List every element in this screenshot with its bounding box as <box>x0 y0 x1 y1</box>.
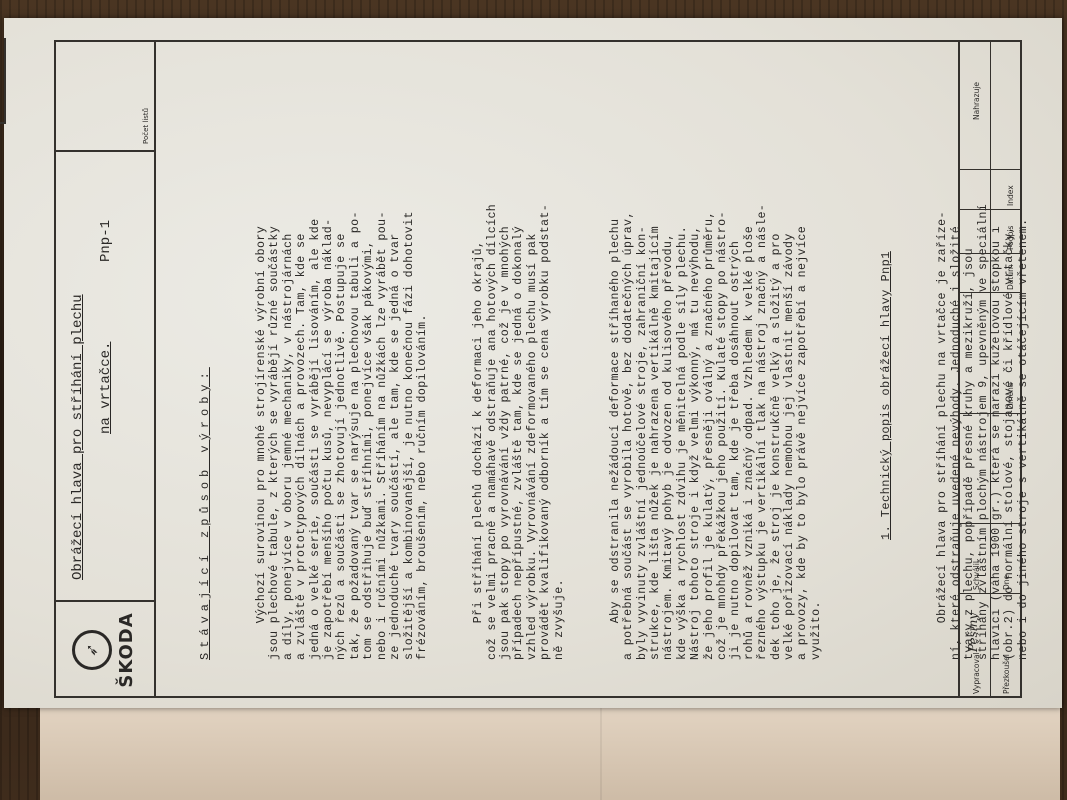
paragraph-3: Aby se odstranila nežádoucí deformace st… <box>609 100 824 660</box>
document-sheet: 1 ➶ ŠKODA Obrážecí hlava pro stříhání pl… <box>4 18 1062 708</box>
change-cell: Změna <box>960 292 1022 414</box>
approved-label: Schválil <box>972 561 981 590</box>
index-cell: Index <box>960 169 1022 210</box>
datum-label: Datum <box>1006 265 1015 290</box>
prepared-cell: Vypracoval Pešiny Přezkoušel <box>960 593 1022 698</box>
title-block: ➶ ŠKODA Obrážecí hlava pro stříhání plec… <box>54 40 156 698</box>
fold-line <box>600 708 602 800</box>
document-title: Obrážecí hlava pro stříhání plechu <box>70 294 86 580</box>
signature-block: Vypracoval Pešiny Přezkoušel Schválil Dn… <box>958 40 1022 698</box>
prepared-label: Vypracoval <box>972 652 981 694</box>
datum-cell: Datum <box>960 253 1022 294</box>
index-label: Index <box>1006 185 1015 206</box>
date-label: Dne <box>1002 575 1011 590</box>
signature-cell: Podpis <box>960 209 1022 254</box>
approved-cell: Schválil Dne <box>960 523 1022 594</box>
document-body: Stávající způsob výroby: Výchozí surovin… <box>172 100 1067 660</box>
cover-sheet <box>40 706 1060 800</box>
paragraph-2: Při stříhání plechů dochází k deformaci … <box>472 100 566 660</box>
replaces-label: Nahrazuje <box>972 82 981 120</box>
section-heading: Stávající způsob výroby: <box>199 100 212 660</box>
checked-label: Přezkoušel <box>1002 654 1011 694</box>
replaces-cell: Nahrazuje <box>960 40 1022 170</box>
signature-label: Podpis <box>1006 226 1015 250</box>
sheet-count-cell: Počet listů <box>54 40 154 152</box>
brand-name: ŠKODA <box>116 612 137 687</box>
technical-description-heading: 1. Technický popis obrážecí hlavy Pnp1 <box>880 100 893 540</box>
prepared-signature: Pešiny <box>966 613 980 652</box>
paragraph-1: Výchozí surovinou pro mnohé strojírenské… <box>255 100 429 660</box>
sheet-count-label: Počet listů <box>142 108 150 144</box>
skoda-arrow-icon: ➶ <box>72 630 112 670</box>
document-title-line2: na vrtačce. <box>98 342 114 434</box>
page-number: 1 <box>0 38 6 124</box>
logo: ➶ ŠKODA <box>54 600 154 698</box>
rotated-page: 1 ➶ ŠKODA Obrážecí hlava pro stříhání pl… <box>4 18 1062 708</box>
change-label: Změna <box>1006 383 1015 409</box>
blank-cell <box>960 414 1022 524</box>
title-cell: Obrážecí hlava pro stříhání plechu na vr… <box>54 150 154 602</box>
document-code: Pnp-1 <box>98 220 114 262</box>
